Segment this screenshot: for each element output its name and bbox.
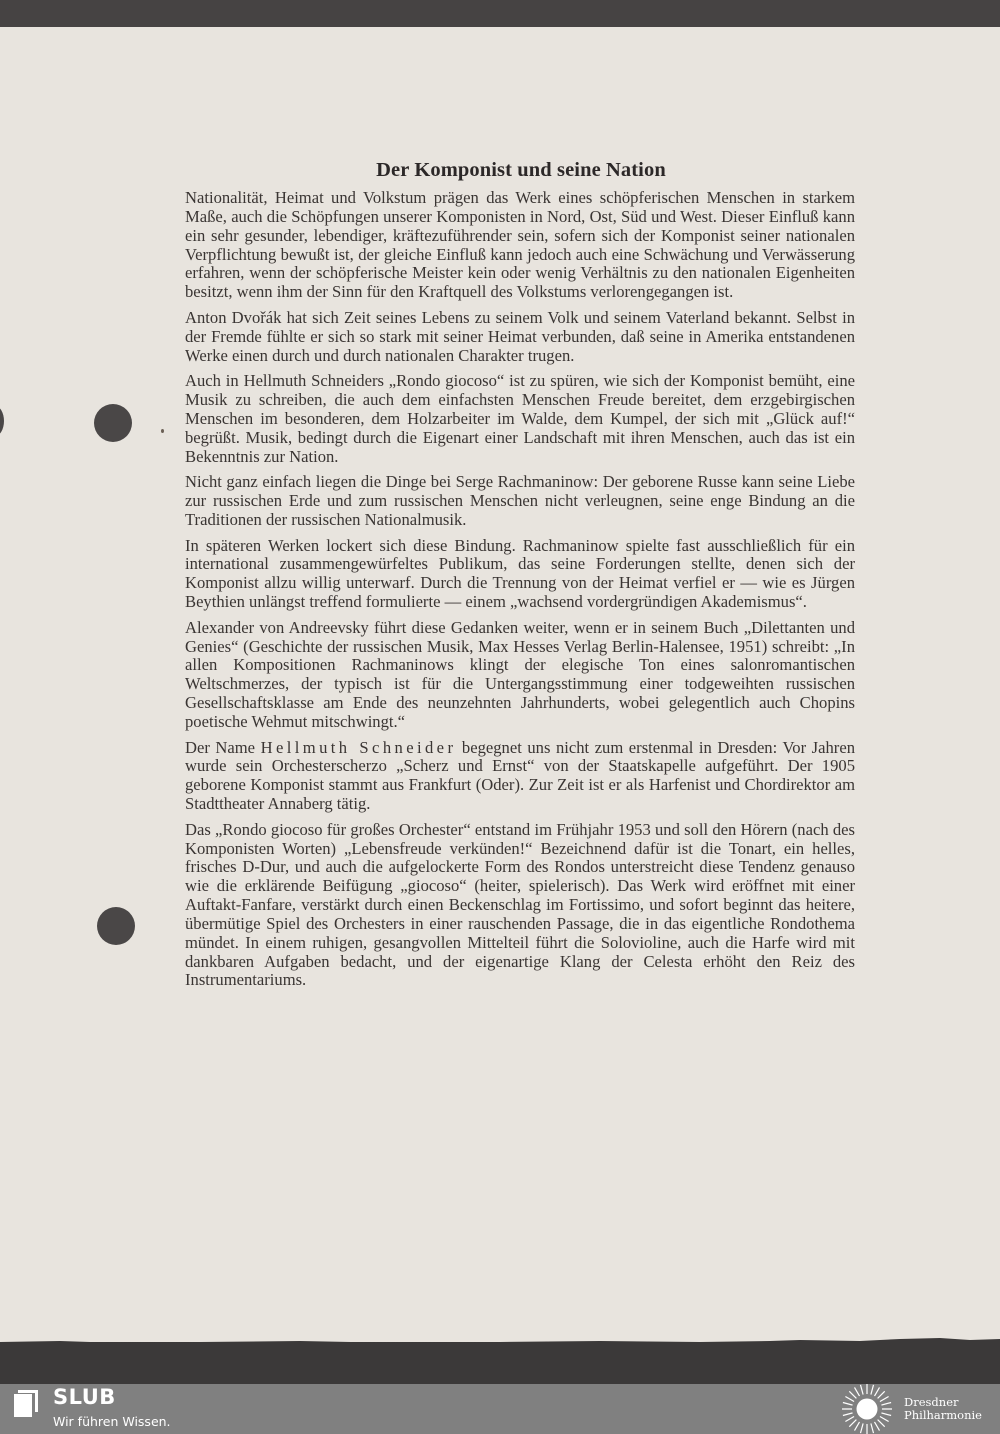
paragraph-andreevsky-quote: Alexander von Andreevsky führt diese Ged… — [185, 619, 855, 732]
paragraph-dvorak: Anton Dvořák hat sich Zeit seines Lebens… — [185, 309, 855, 366]
paragraph-lead: Der Name — [185, 738, 261, 757]
scan-border-bottom — [0, 1342, 1000, 1384]
paragraph-schneider-bio: Der Name Hellmuth Schneider begegnet uns… — [185, 739, 855, 814]
book-pages-icon — [12, 1388, 42, 1418]
punch-hole-lower — [97, 907, 135, 945]
paragraph-rondo-description: Das „Rondo giocoso für großes Orchester“… — [185, 821, 855, 991]
philharmonie-name-line2: Philharmonie — [904, 1409, 982, 1422]
footer-band: SLUB Wir führen Wissen. — [0, 1384, 1000, 1434]
paragraph-later-works: In späteren Werken lockert sich diese Bi… — [185, 537, 855, 612]
paper-speck — [161, 429, 164, 433]
torn-edge — [0, 1336, 1000, 1348]
page-title: Der Komponist und seine Nation — [0, 159, 1000, 182]
philharmonie-logo-text[interactable]: Dresdner Philharmonie — [904, 1396, 982, 1422]
punch-hole-upper — [94, 404, 132, 442]
composer-name-spaced: Hellmuth Schneider — [261, 738, 457, 757]
slub-tagline: Wir führen Wissen. — [53, 1414, 171, 1429]
scan-border-top — [0, 0, 1000, 27]
radiant-sun-icon[interactable] — [841, 1383, 893, 1434]
paragraph-nationality: Nationalität, Heimat und Volkstum prägen… — [185, 189, 855, 302]
paragraph-schneider-rondo: Auch in Hellmuth Schneiders „Rondo gioco… — [185, 372, 855, 466]
paragraph-rachmaninow: Nicht ganz einfach liegen die Dinge bei … — [185, 473, 855, 530]
article-body: Nationalität, Heimat und Volkstum prägen… — [185, 189, 855, 997]
slub-logo-link[interactable]: SLUB — [53, 1385, 116, 1409]
